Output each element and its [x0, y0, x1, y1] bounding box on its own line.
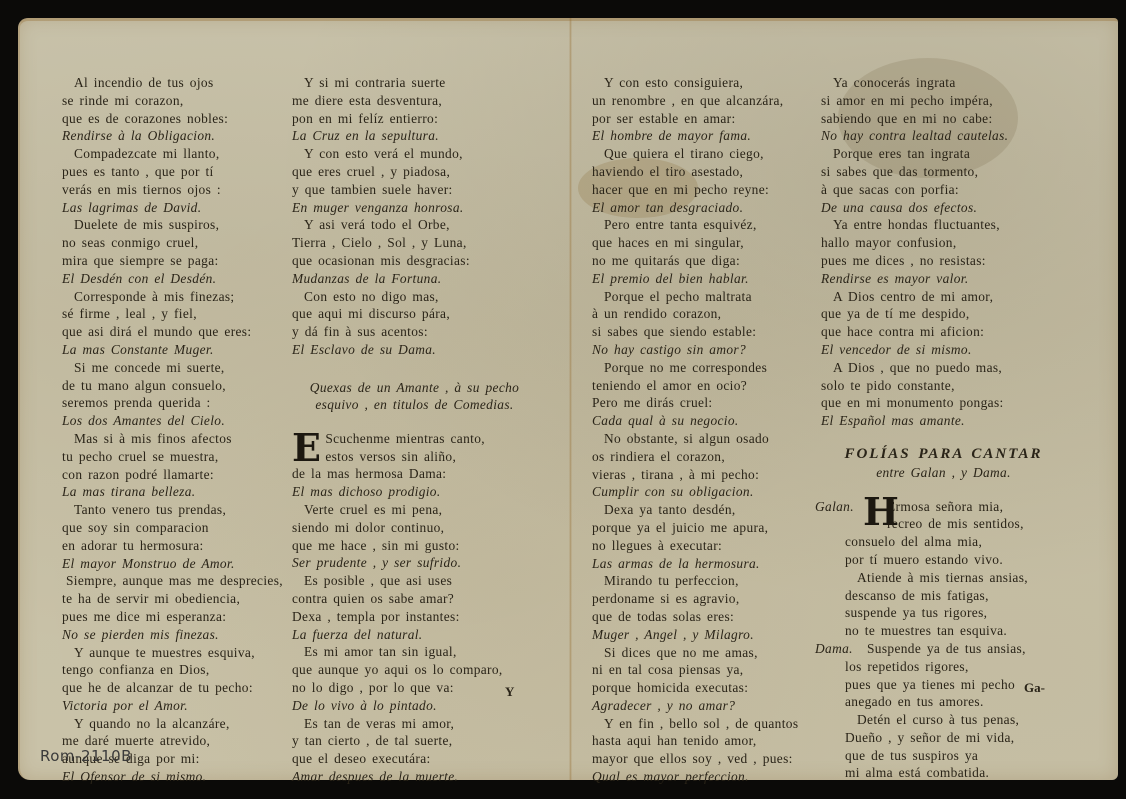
verse-title-line: El premio del bien hablar. [592, 270, 798, 288]
verse-line: que me hace , sin mi gusto: [292, 537, 537, 555]
verse-title-line: Las lagrimas de David. [62, 199, 283, 217]
verse-line: se rinde mi corazon, [62, 92, 283, 110]
verse-line: tengo confianza en Dios, [62, 661, 283, 679]
verse-line: con razon podré llamarte: [62, 466, 283, 484]
dialogue: Galan. H Ermosa señora mia,recreo de mis… [821, 498, 1066, 783]
dialogue-line: Atiende à mis tiernas ansias, [845, 569, 1066, 587]
center-fold [569, 18, 572, 780]
verse-title-line: El vencedor de si mismo. [821, 341, 1066, 359]
verse-line: perdoname si es agravio, [592, 590, 798, 608]
verse-line: de tu mano algun consuelo, [62, 377, 283, 395]
verse-line: Que quiera el tirano ciego, [592, 145, 798, 163]
verse-line: no seas conmigo cruel, [62, 234, 283, 252]
verse-line: Es posible , que asi uses [292, 572, 537, 590]
dialogue-line: suspende ya tus rigores, [845, 604, 1066, 622]
verse-line: Y si mi contraria suerte [292, 74, 537, 92]
verse-line: verás en mis tiernos ojos : [62, 181, 283, 199]
verse-line: Porque no me correspondes [592, 359, 798, 377]
verse-line: Siempre, aunque mas me desprecies, [62, 572, 283, 590]
verse-line: no llegues à executar: [592, 537, 798, 555]
verse-title-line: Cada qual à su negocio. [592, 412, 798, 430]
dropcap-letter: E [292, 432, 321, 464]
quexas-verses: E Scuchenme mientras canto,estos versos … [292, 430, 537, 786]
verse-line: Mirando tu perfeccion, [592, 572, 798, 590]
verse-line: y que tambien suele haver: [292, 181, 537, 199]
verse-line: mira que siempre se paga: [62, 252, 283, 270]
verse-title-line: El Español mas amante. [821, 412, 1066, 430]
verse-line: haviendo el tiro asestado, [592, 163, 798, 181]
verse-line: Y aunque te muestres esquiva, [62, 644, 283, 662]
verse-title-line: Amar despues de la muerte. [292, 768, 537, 786]
verse-line: hallo mayor confusion, [821, 234, 1066, 252]
dialogue-line: Suspende ya de tus ansias, [845, 640, 1066, 658]
verse-line: que ocasionan mis desgracias: [292, 252, 537, 270]
dialogue-line: no te muestres tan esquiva. [845, 622, 1066, 640]
verse-line: Porque eres tan ingrata [821, 145, 1066, 163]
verse-title-line: Rendirse es mayor valor. [821, 270, 1066, 288]
section-heading-quexas: Quexas de un Amante , à su pecho esquivo… [292, 379, 537, 413]
dialogue-line: Dueño , y señor de mi vida, [845, 729, 1066, 747]
verse-line: pon en mi felíz entierro: [292, 110, 537, 128]
verse-title-line: La fuerza del natural. [292, 626, 537, 644]
verse-line: pues me dice mi esperanza: [62, 608, 283, 626]
verse-line: Ya conocerás ingrata [821, 74, 1066, 92]
verse-line: Es tan de veras mi amor, [292, 715, 537, 733]
verse-line: hasta aqui han tenido amor, [592, 732, 798, 750]
verse-line: Verte cruel es mi pena, [292, 501, 537, 519]
verse-line: tu pecho cruel se muestra, [62, 448, 283, 466]
verse-line: Corresponde à mis finezas; [62, 288, 283, 306]
right-page-column-4: Ya conocerás ingratasi amor en mi pecho … [821, 74, 1066, 782]
verse-line: que aqui mi discurso pára, [292, 305, 537, 323]
speaker-galan: Galan. [815, 498, 854, 516]
verse-line: ni en tal cosa piensas ya, [592, 661, 798, 679]
verse-line: Dexa , templa por instantes: [292, 608, 537, 626]
column-4-verses: Ya conocerás ingratasi amor en mi pecho … [821, 74, 1066, 430]
verse-line: à que sacas con porfia: [821, 181, 1066, 199]
verse-line: Mas si à mis finos afectos [62, 430, 283, 448]
verse-title-line: El amor tan desgraciado. [592, 199, 798, 217]
verse-line: hacer que en mi pecho reyne: [592, 181, 798, 199]
verse-title-line: Muger , Angel , y Milagro. [592, 626, 798, 644]
verse-title-line: La Cruz en la sepultura. [292, 127, 537, 145]
dialogue-line: Detén el curso à tus penas, [845, 711, 1066, 729]
verse-line: Y con esto consiguiera, [592, 74, 798, 92]
dialogue-line: por tí muero estando vivo. [845, 551, 1066, 569]
verse-line: Compadezcate mi llanto, [62, 145, 283, 163]
verse-line: un renombre , en que alcanzára, [592, 92, 798, 110]
dialogue-line: que de tus suspiros ya [845, 747, 1066, 765]
verse-title-line: Agradecer , y no amar? [592, 697, 798, 715]
verse-title-line: El Ofensor de si mismo. [62, 768, 283, 786]
verse-title-line: El mayor Monstruo de Amor. [62, 555, 283, 573]
verse-line: Con esto no digo mas, [292, 288, 537, 306]
verse-line: te ha de servir mi obediencia, [62, 590, 283, 608]
verse-line: Y en fin , bello sol , de quantos [592, 715, 798, 733]
verse-line: Y quando no la alcanzáre, [62, 715, 283, 733]
verse-line: Ya entre hondas fluctuantes, [821, 216, 1066, 234]
verse-line: Tierra , Cielo , Sol , y Luna, [292, 234, 537, 252]
verse-line: si amor en mi pecho impéra, [821, 92, 1066, 110]
verse-line: porque ya el juicio me apura, [592, 519, 798, 537]
verse-line: Es mi amor tan sin igual, [292, 643, 537, 661]
verse-title-line: El Desdén con el Desdén. [62, 270, 283, 288]
verse-line: Scuchenme mientras canto, [292, 430, 537, 448]
verse-line: Tanto venero tus prendas, [62, 501, 283, 519]
verse-title-line: No hay castigo sin amor? [592, 341, 798, 359]
verse-line: porque homicida executas: [592, 679, 798, 697]
verse-line: teniendo el amor en ocio? [592, 377, 798, 395]
verse-line: que soy sin comparacion [62, 519, 283, 537]
verse-line: si sabes que siendo estable: [592, 323, 798, 341]
dialogue-line: mi alma está combatida. [845, 764, 1066, 782]
column-2-verses: Y si mi contraria suerteme diere esta de… [292, 74, 537, 359]
catchword-right: Ga- [1024, 680, 1045, 696]
section-heading-folias: FOLÍAS PARA CANTAR entre Galan , y Dama. [821, 446, 1066, 482]
verse-line: No obstante, si algun osado [592, 430, 798, 448]
verse-line: Si me concede mi suerte, [62, 359, 283, 377]
verse-line: contra quien os sabe amar? [292, 590, 537, 608]
left-page-column-2: Y si mi contraria suerteme diere esta de… [292, 74, 537, 786]
verse-line: Y asi verá todo el Orbe, [292, 216, 537, 234]
verse-line: vieras , tirana , à mi pecho: [592, 466, 798, 484]
verse-line: sé firme , leal , y fiel, [62, 305, 283, 323]
verse-line: A Dios , que no puedo mas, [821, 359, 1066, 377]
verse-title-line: Rendirse à la Obligacion. [62, 127, 283, 145]
verse-line: Pero me dirás cruel: [592, 394, 798, 412]
folias-subtitle: entre Galan , y Dama. [821, 464, 1066, 482]
verse-line: seremos prenda querida : [62, 394, 283, 412]
verse-line: que hace contra mi aficion: [821, 323, 1066, 341]
verse-line: si sabes que das tormento, [821, 163, 1066, 181]
verse-line: Al incendio de tus ojos [62, 74, 283, 92]
verse-line: y tan cierto , de tal suerte, [292, 732, 537, 750]
verse-line: pues me dices , no resistas: [821, 252, 1066, 270]
verse-title-line: Mudanzas de la Fortuna. [292, 270, 537, 288]
verse-line: que asi dirá el mundo que eres: [62, 323, 283, 341]
verse-title-line: La mas tirana belleza. [62, 483, 283, 501]
verse-title-line: Los dos Amantes del Cielo. [62, 412, 283, 430]
verse-line: que aunque yo aqui os lo comparo, [292, 661, 537, 679]
verse-line: Si dices que no me amas, [592, 644, 798, 662]
verse-line: Dexa ya tanto desdén, [592, 501, 798, 519]
verse-line: que haces en mi singular, [592, 234, 798, 252]
verse-line: por ser estable en amar: [592, 110, 798, 128]
dialogue-line: descanso de mis fatigas, [845, 587, 1066, 605]
dialogue-line: consuelo del alma mia, [845, 533, 1066, 551]
verse-line: me diere esta desventura, [292, 92, 537, 110]
verse-line: y dá fin à sus acentos: [292, 323, 537, 341]
heading-line-1: Quexas de un Amante , à su pecho [292, 379, 537, 396]
verse-title-line: Victoria por el Amor. [62, 697, 283, 715]
verse-title-line: Cumplir con su obligacion. [592, 483, 798, 501]
verse-line: siendo mi dolor continuo, [292, 519, 537, 537]
right-page-column-3: Y con esto consiguiera,un renombre , en … [592, 74, 798, 786]
dropcap-letter-h: H [863, 496, 899, 528]
verse-line: Y con esto verá el mundo, [292, 145, 537, 163]
left-page-column-1: Al incendio de tus ojosse rinde mi coraz… [62, 74, 283, 786]
verse-line: que el deseo executára: [292, 750, 537, 768]
verse-line: Duelete de mis suspiros, [62, 216, 283, 234]
heading-line-2: esquivo , en titulos de Comedias. [292, 396, 537, 413]
verse-title-line: La mas Constante Muger. [62, 341, 283, 359]
verse-line: à un rendido corazon, [592, 305, 798, 323]
verse-line: A Dios centro de mi amor, [821, 288, 1066, 306]
verse-title-line: De lo vivo à lo pintado. [292, 697, 537, 715]
verse-title-line: De una causa dos efectos. [821, 199, 1066, 217]
verse-title-line: En muger venganza honrosa. [292, 199, 537, 217]
verse-title-line: Qual es mayor perfeccion. [592, 768, 798, 786]
verse-line: que eres cruel , y piadosa, [292, 163, 537, 181]
dialogue-line: los repetidos rigores, [845, 658, 1066, 676]
verse-line: que de todas solas eres: [592, 608, 798, 626]
shelfmark-label: Rom-2110B [40, 747, 132, 765]
verse-line: solo te pido constante, [821, 377, 1066, 395]
verse-line: en adorar tu hermosura: [62, 537, 283, 555]
verse-line: sabiendo que en mi no cabe: [821, 110, 1066, 128]
verse-line: no lo digo , por lo que va: [292, 679, 537, 697]
verse-line: Porque el pecho maltrata [592, 288, 798, 306]
verse-line: Pero entre tanta esquivéz, [592, 216, 798, 234]
verse-line: que es de corazones nobles: [62, 110, 283, 128]
verse-title-line: Las armas de la hermosura. [592, 555, 798, 573]
verse-line: de la mas hermosa Dama: [292, 465, 537, 483]
verse-title-line: Ser prudente , y ser sufrido. [292, 554, 537, 572]
verse-title-line: El Esclavo de su Dama. [292, 341, 537, 359]
verse-title-line: No se pierden mis finezas. [62, 626, 283, 644]
verse-line: que he de alcanzar de tu pecho: [62, 679, 283, 697]
verse-line: estos versos sin aliño, [292, 448, 537, 466]
verse-line: pues es tanto , que por tí [62, 163, 283, 181]
verse-title-line: No hay contra lealtad cautelas. [821, 127, 1066, 145]
verse-title-line: El mas dichoso prodigio. [292, 483, 537, 501]
verse-line: que en mi monumento pongas: [821, 394, 1066, 412]
folias-title: FOLÍAS PARA CANTAR [821, 446, 1066, 464]
verse-title-line: El hombre de mayor fama. [592, 127, 798, 145]
speaker-dama: Dama. [815, 640, 853, 658]
verse-line: que ya de tí me despido, [821, 305, 1066, 323]
verse-line: mayor que ellos soy , ved , pues: [592, 750, 798, 768]
verse-line: no me quitarás que diga: [592, 252, 798, 270]
catchword-left: Y [505, 684, 514, 700]
verse-line: os rindiera el corazon, [592, 448, 798, 466]
